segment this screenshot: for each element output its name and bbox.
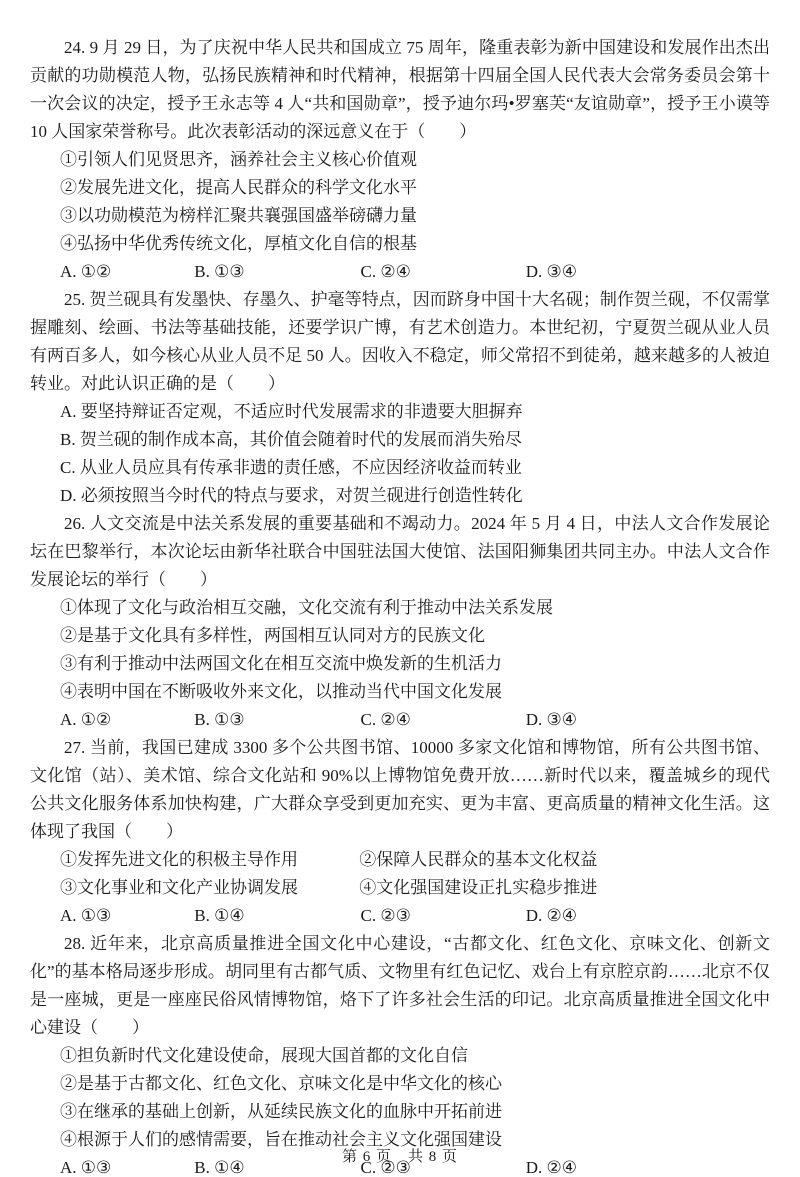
question-27-stem: 27. 当前，我国已建成 3300 多个公共图书馆、10000 多家文化馆和博物… (30, 734, 770, 846)
question-28-item-3: ③在继承的基础上创新，从延续民族文化的血脉中开拓前进 (30, 1098, 770, 1126)
choice-d: D. ③④ (526, 258, 577, 286)
choice-c: C. ②④ (361, 258, 522, 286)
question-26-item-1: ①体现了文化与政治相互交融，文化交流有利于推动中法关系发展 (30, 594, 770, 622)
question-25-option-c: C. 从业人员应具有传承非遗的责任感，不应因经济收益而转业 (30, 454, 770, 482)
question-24-stem: 24. 9 月 29 日，为了庆祝中华人民共和国成立 75 周年，隆重表彰为新中… (30, 34, 770, 146)
question-24-item-2: ②发展先进文化，提高人民群众的科学文化水平 (30, 174, 770, 202)
question-25-option-d: D. 必须按照当今时代的特点与要求，对贺兰砚进行创造性转化 (30, 482, 770, 510)
question-28: 28. 近年来，北京高质量推进全国文化中心建设，“古都文化、红色文化、京味文化、… (30, 930, 770, 1177)
question-26-stem: 26. 人文交流是中法关系发展的重要基础和不竭动力。2024 年 5 月 4 日… (30, 510, 770, 594)
question-27-items-row-1: ①发挥先进文化的积极主导作用 ②保障人民群众的基本文化权益 (30, 846, 770, 874)
choice-c: C. ②④ (361, 706, 522, 734)
question-27-item-1: ①发挥先进文化的积极主导作用 (60, 846, 355, 874)
question-28-stem: 28. 近年来，北京高质量推进全国文化中心建设，“古都文化、红色文化、京味文化、… (30, 930, 770, 1042)
question-25-option-b: B. 贺兰砚的制作成本高，其价值会随着时代的发展而消失殆尽 (30, 426, 770, 454)
question-24-choices: A. ①② B. ①③ C. ②④ D. ③④ (30, 258, 770, 286)
question-26-choices: A. ①② B. ①③ C. ②④ D. ③④ (30, 706, 770, 734)
choice-d: D. ③④ (526, 706, 577, 734)
question-26-item-4: ④表明中国在不断吸收外来文化，以推动当代中国文化发展 (30, 678, 770, 706)
question-27-item-3: ③文化事业和文化产业协调发展 (60, 874, 355, 902)
question-25: 25. 贺兰砚具有发墨快、存墨久、护毫等特点，因而跻身中国十大名砚；制作贺兰砚，… (30, 286, 770, 510)
question-24-item-1: ①引领人们见贤思齐，涵养社会主义核心价值观 (30, 146, 770, 174)
question-27-item-4: ④文化强国建设正扎实稳步推进 (359, 878, 597, 897)
question-24: 24. 9 月 29 日，为了庆祝中华人民共和国成立 75 周年，隆重表彰为新中… (30, 34, 770, 286)
question-24-item-4: ④弘扬中华优秀传统文化，厚植文化自信的根基 (30, 230, 770, 258)
choice-a: A. ①② (60, 258, 190, 286)
exam-page: 24. 9 月 29 日，为了庆祝中华人民共和国成立 75 周年，隆重表彰为新中… (0, 0, 800, 1177)
choice-b: B. ①④ (194, 902, 356, 930)
page-footer: 第 6 页 共 8 页 (0, 1147, 800, 1167)
choice-b: B. ①③ (194, 258, 356, 286)
question-26: 26. 人文交流是中法关系发展的重要基础和不竭动力。2024 年 5 月 4 日… (30, 510, 770, 734)
question-26-item-2: ②是基于文化具有多样性，两国相互认同对方的民族文化 (30, 622, 770, 650)
question-25-option-a: A. 要坚持辩证否定观，不适应时代发展需求的非遗要大胆摒弃 (30, 398, 770, 426)
choice-b: B. ①③ (194, 706, 356, 734)
question-28-item-1: ①担负新时代文化建设使命，展现大国首都的文化自信 (30, 1042, 770, 1070)
question-27: 27. 当前，我国已建成 3300 多个公共图书馆、10000 多家文化馆和博物… (30, 734, 770, 930)
question-28-item-2: ②是基于古都文化、红色文化、京味文化是中华文化的核心 (30, 1070, 770, 1098)
question-27-choices: A. ①③ B. ①④ C. ②③ D. ②④ (30, 902, 770, 930)
question-27-item-2: ②保障人民群众的基本文化权益 (359, 850, 597, 869)
question-27-items-row-2: ③文化事业和文化产业协调发展 ④文化强国建设正扎实稳步推进 (30, 874, 770, 902)
choice-a: A. ①③ (60, 902, 190, 930)
question-24-item-3: ③以功勋模范为榜样汇聚共襄强国盛举磅礴力量 (30, 202, 770, 230)
choice-a: A. ①② (60, 706, 190, 734)
choice-c: C. ②③ (361, 902, 522, 930)
question-26-item-3: ③有利于推动中法两国文化在相互交流中焕发新的生机活力 (30, 650, 770, 678)
choice-d: D. ②④ (526, 902, 577, 930)
question-25-stem: 25. 贺兰砚具有发墨快、存墨久、护毫等特点，因而跻身中国十大名砚；制作贺兰砚，… (30, 286, 770, 398)
